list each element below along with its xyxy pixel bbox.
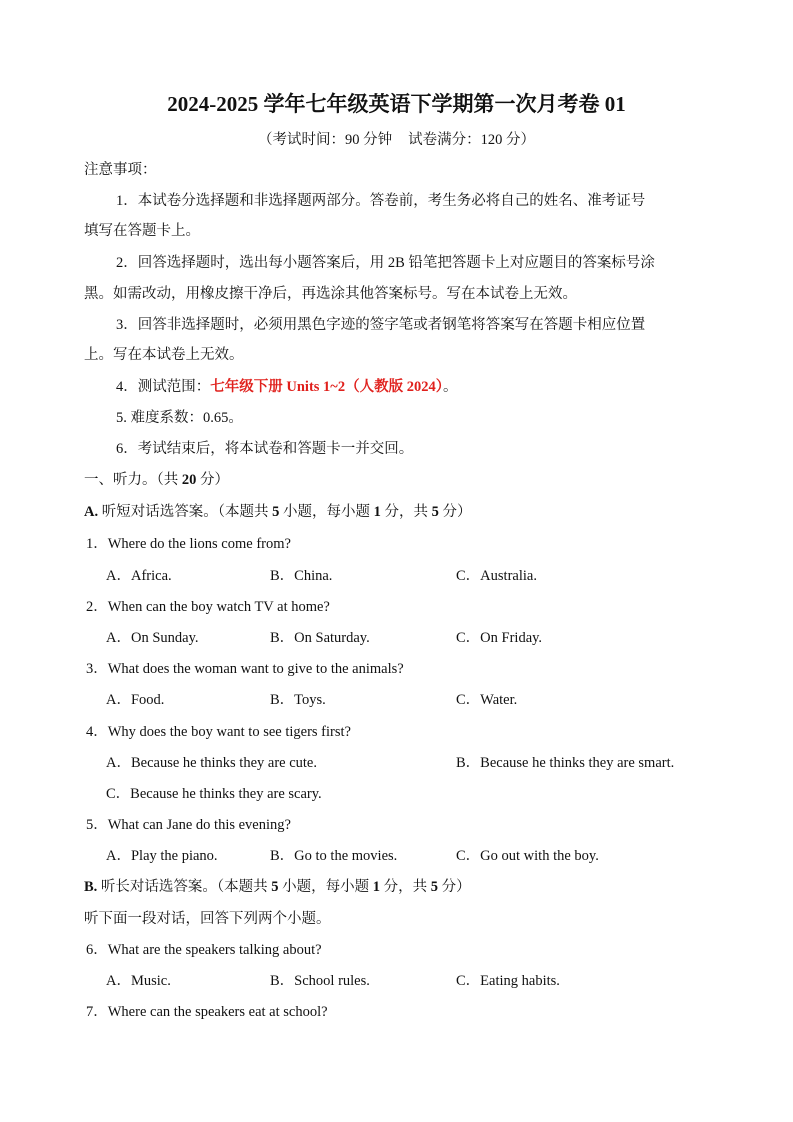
question-4-stem: 4．Why does the boy want to see tigers fi…: [86, 722, 351, 742]
part-a-heading: A. 听短对话选答案。（本题共 5 小题，每小题 1 分，共 5 分）: [84, 502, 471, 522]
notice-item-5: 5. 难度系数：0.65。: [116, 408, 243, 428]
question-1-option-a: A．Africa.: [106, 566, 172, 586]
test-scope-label: 4．测试范围：: [116, 379, 210, 395]
exam-page: 2024-2025 学年七年级英语下学期第一次月考卷 01 （考试时间：90 分…: [0, 0, 793, 1122]
question-4-option-a: A．Because he thinks they are cute.: [106, 753, 317, 773]
question-6-option-a: A．Music.: [106, 971, 171, 991]
notice-item-3-line1: 3．回答非选择题时，必须用黑色字迹的签字笔或者钢笔将答案写在答题卡相应位置: [116, 315, 645, 335]
part-a-label: A.: [84, 504, 98, 520]
question-3-option-c: C．Water.: [456, 690, 517, 710]
notice-item-6: 6．考试结束后，将本试卷和答题卡一并交回。: [116, 439, 413, 459]
question-6-option-b: B．School rules.: [270, 971, 370, 991]
question-4-option-c: C．Because he thinks they are scary.: [106, 784, 322, 804]
question-5-option-c: C．Go out with the boy.: [456, 846, 599, 866]
section-listening-heading: 一、听力。（共 20 分）: [84, 470, 229, 490]
test-scope-suffix: 。: [443, 379, 458, 395]
notice-item-2-line1: 2．回答选择题时，选出每小题答案后，用 2B 铅笔把答题卡上对应题目的答案标号涂: [116, 253, 655, 273]
notice-item-3-line2: 上。写在本试卷上无效。: [84, 345, 244, 365]
notice-item-1-line2: 填写在答题卡上。: [84, 221, 200, 241]
question-3-option-a: A．Food.: [106, 690, 164, 710]
question-6-stem: 6．What are the speakers talking about?: [86, 940, 322, 960]
question-1-option-b: B．China.: [270, 566, 332, 586]
section-points: 20: [182, 472, 197, 488]
question-6-option-c: C．Eating habits.: [456, 971, 560, 991]
question-3-option-b: B．Toys.: [270, 690, 326, 710]
part-b-heading: B. 听长对话选答案。（本题共 5 小题，每小题 1 分，共 5 分）: [84, 877, 471, 897]
question-5-option-b: B．Go to the movies.: [270, 846, 397, 866]
question-2-option-c: C．On Friday.: [456, 628, 542, 648]
question-7-stem: 7．Where can the speakers eat at school?: [86, 1002, 328, 1022]
notice-heading: 注意事项：: [84, 160, 157, 180]
question-2-stem: 2．When can the boy watch TV at home?: [86, 597, 330, 617]
exam-total-score: 试卷满分：120 分）: [408, 132, 535, 148]
question-5-option-a: A．Play the piano.: [106, 846, 218, 866]
exam-time: （考试时间：90 分钟: [258, 132, 392, 148]
part-b-label: B.: [84, 879, 97, 895]
question-1-option-c: C．Australia.: [456, 566, 537, 586]
question-4-option-b: B．Because he thinks they are smart.: [456, 753, 674, 773]
question-2-option-b: B．On Saturday.: [270, 628, 370, 648]
exam-subtitle: （考试时间：90 分钟试卷满分：120 分）: [0, 130, 793, 150]
question-1-stem: 1．Where do the lions come from?: [86, 534, 291, 554]
exam-title: 2024-2025 学年七年级英语下学期第一次月考卷 01: [0, 90, 793, 118]
test-scope-value: 七年级下册 Units 1~2（人教版 2024）: [210, 379, 443, 395]
part-b-instruction: 听下面一段对话，回答下列两个小题。: [84, 909, 331, 929]
notice-item-1-line1: 1．本试卷分选择题和非选择题两部分。答卷前，考生务必将自己的姓名、准考证号: [116, 191, 645, 211]
question-3-stem: 3．What does the woman want to give to th…: [86, 659, 404, 679]
question-2-option-a: A．On Sunday.: [106, 628, 199, 648]
notice-item-4: 4．测试范围：七年级下册 Units 1~2（人教版 2024）。: [116, 377, 457, 397]
question-5-stem: 5．What can Jane do this evening?: [86, 815, 291, 835]
notice-item-2-line2: 黑。如需改动，用橡皮擦干净后，再选涂其他答案标号。写在本试卷上无效。: [84, 284, 577, 304]
